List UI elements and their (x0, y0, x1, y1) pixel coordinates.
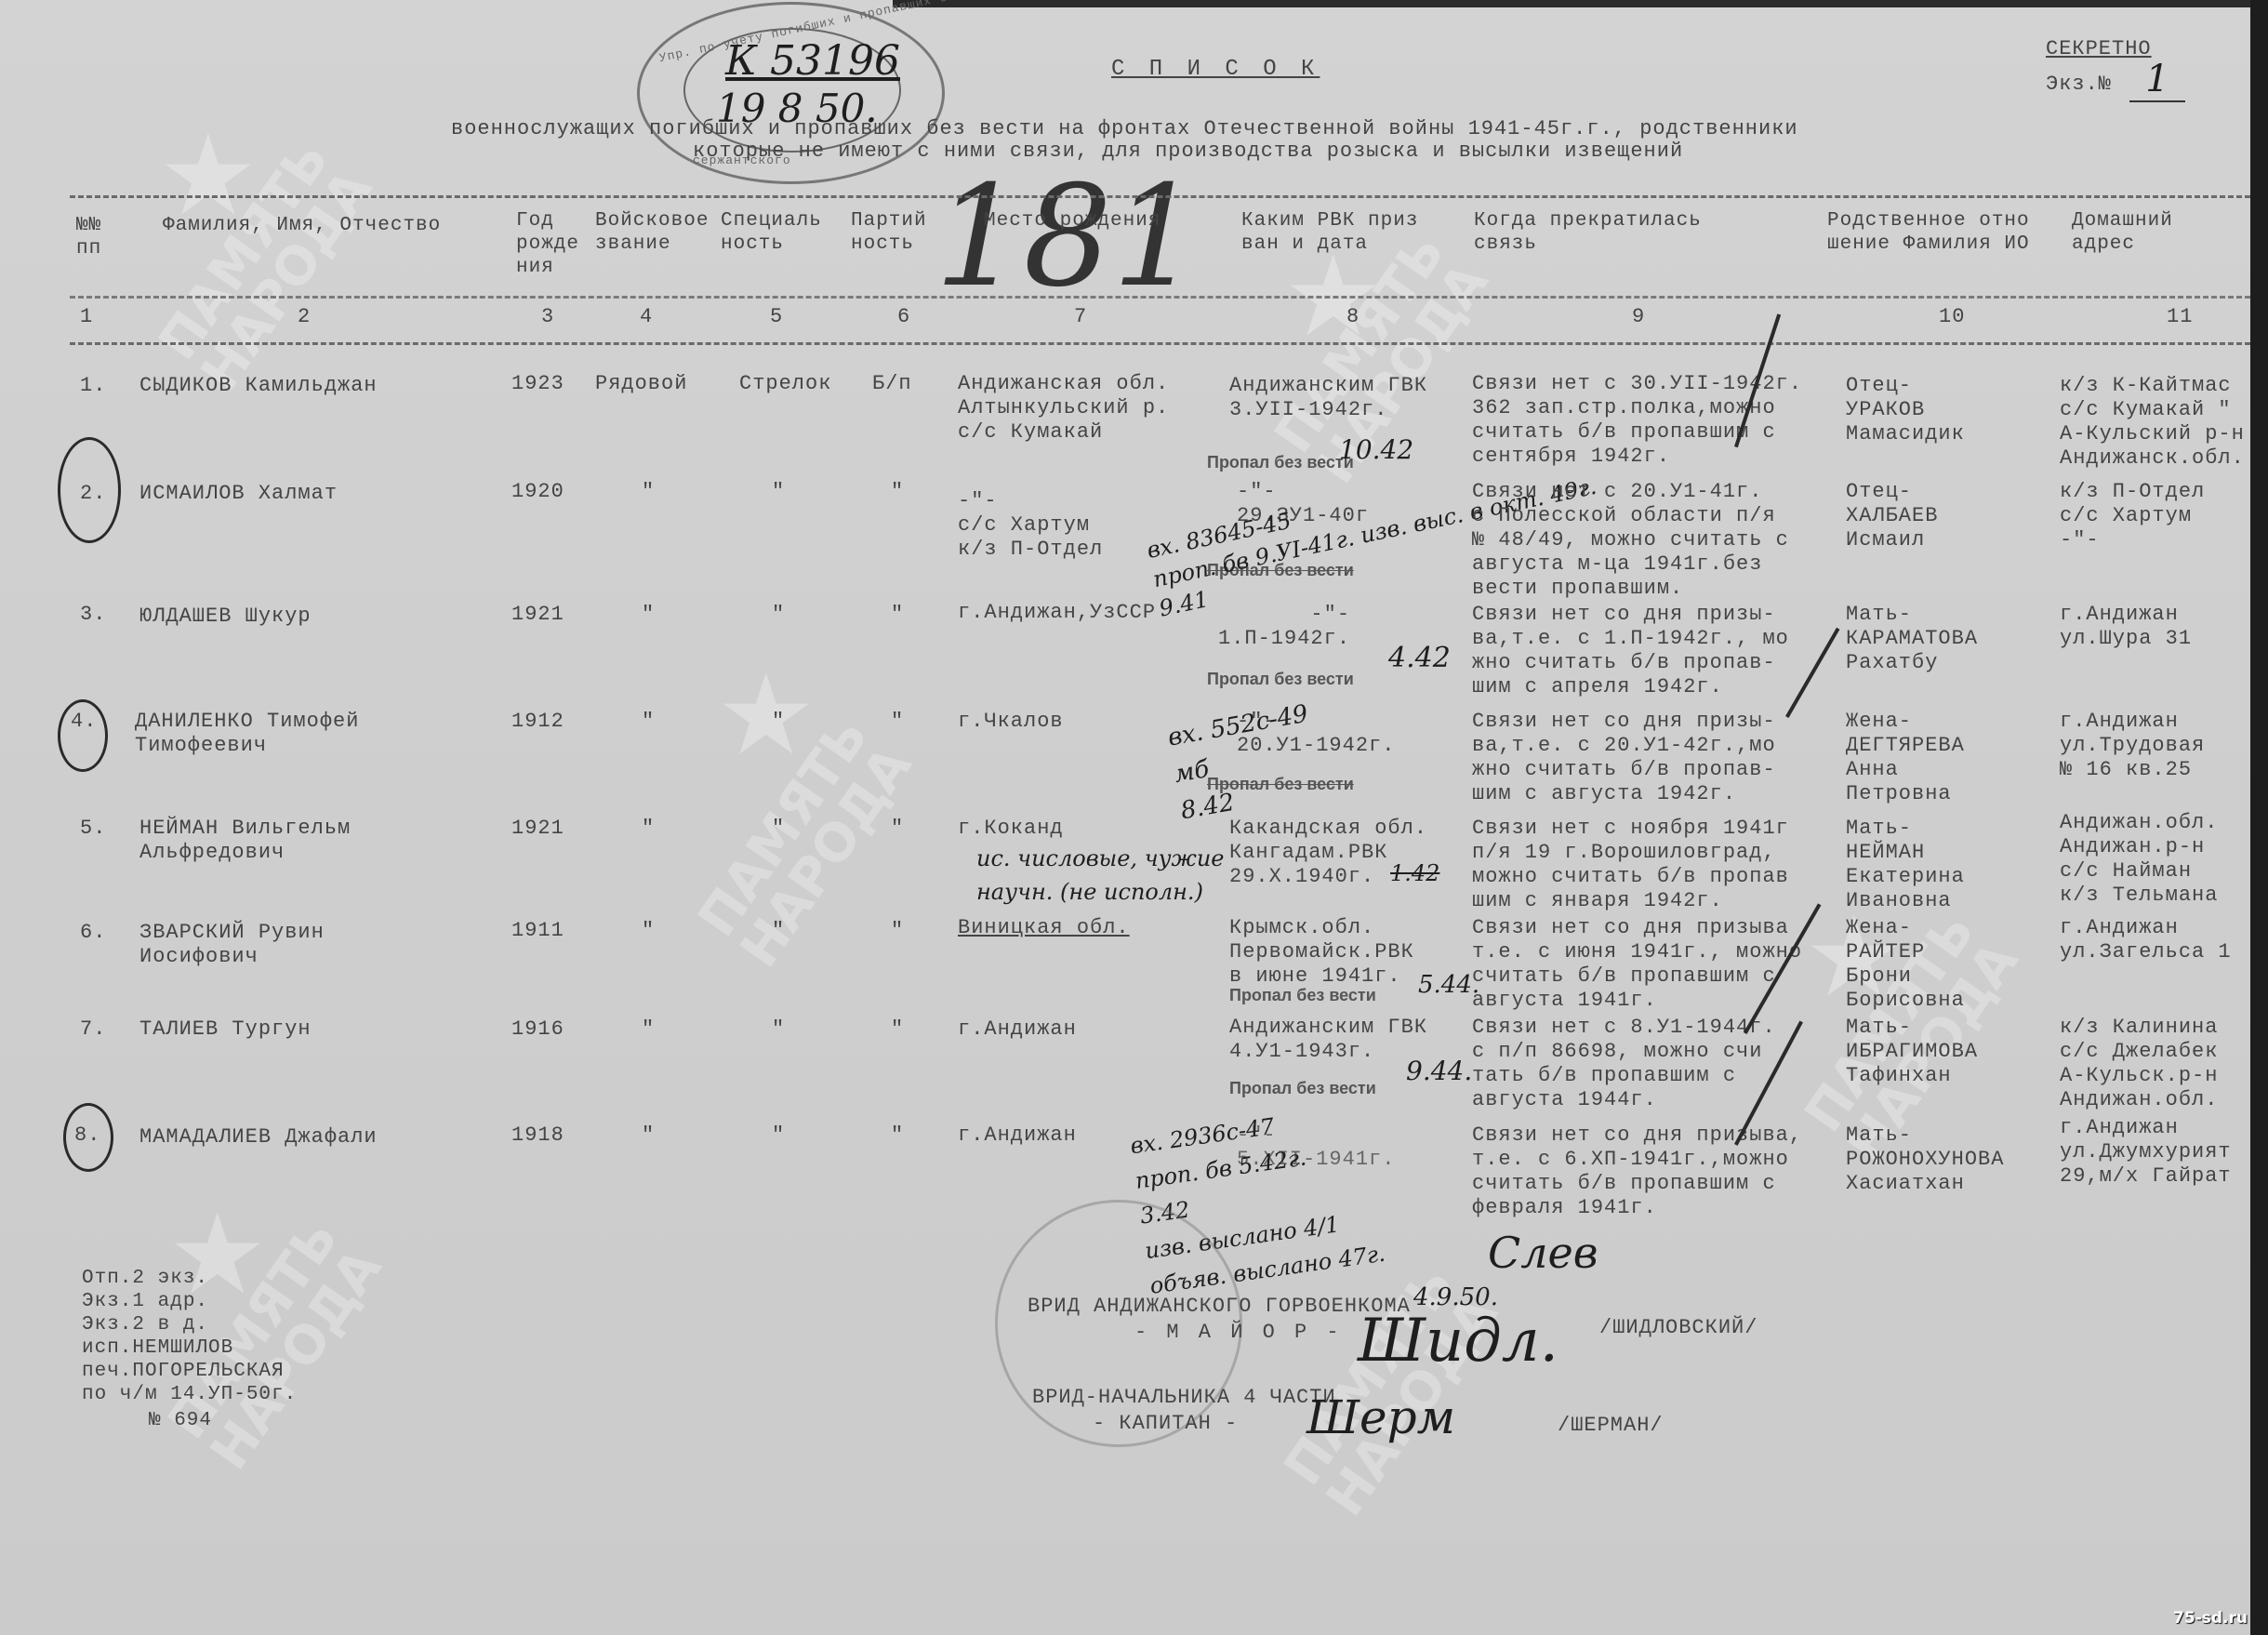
col-header-party: Партий ность (851, 209, 927, 256)
row-name: ЮЛДАШЕВ Шукур (139, 605, 312, 629)
row-number: 5. (80, 817, 106, 841)
subtitle-line-1: военнослужащих погибших и пропавших без … (451, 117, 1798, 141)
row-address: к/з П-Отдел с/с Хартум -"- (2060, 480, 2205, 552)
col-header-drafted: Каким РВК приз ван и дата (1241, 209, 1418, 256)
col-num: 6 (897, 305, 910, 329)
handwritten-date: 5.44. (1418, 971, 1479, 999)
row-number: 3. (80, 603, 106, 627)
missing-stamp: Пропал без вести (1207, 670, 1354, 689)
missing-stamp: Пропал без вести (1207, 453, 1354, 472)
handwritten-date: 10.42 (1339, 434, 1413, 465)
handwritten-note: вх. 552с-49 мб 8.42 (1165, 696, 1324, 831)
row-drafted: -"- 1.П-1942г. (1218, 603, 1350, 651)
row-address: г.Андижан ул.Джумхурият 29,м/х Гайрат (2060, 1116, 2232, 1189)
row-number: 1. (80, 374, 106, 398)
col-num: 8 (1346, 305, 1359, 329)
row-relative: Мать- КАРАМАТОВА Рахатбу (1846, 603, 1978, 675)
row-lost-contact: Связи нет со дня призы- ва,т.е. с 1.П-19… (1472, 603, 1789, 699)
row-rank: " (642, 919, 655, 943)
row-party: " (891, 710, 904, 734)
page-title: С П И С О К (1111, 58, 1320, 82)
row-name: МАМАДАЛИЕВ Джафали (139, 1125, 378, 1150)
row-year: 1912 (511, 710, 564, 734)
row-number: 7. (80, 1017, 106, 1042)
scan-edge-right (2250, 0, 2268, 1635)
row-birthplace: г.Андижан (958, 1123, 1077, 1148)
row-rank: Рядовой (595, 372, 687, 396)
col-num: 10 (1939, 305, 1965, 329)
copy-number: 1 (2129, 58, 2185, 102)
row-specialty: Стрелок (739, 372, 831, 396)
row-specialty: " (772, 1123, 785, 1148)
row-number: 6. (80, 921, 106, 945)
row-rank: " (642, 603, 655, 627)
row-specialty: " (772, 1017, 785, 1042)
row-lost-contact: Связи нет со дня призыва, т.е. с 6.ХП-19… (1472, 1123, 1802, 1220)
handwritten-date: 9.44. (1406, 1056, 1472, 1086)
row-name: ДАНИЛЕНКО Тимофей Тимофеевич (135, 710, 359, 758)
col-header-address: Домашний адрес (2072, 209, 2173, 256)
row-birthplace: г.Андижан,УзССР (958, 601, 1156, 625)
row-lost-contact: Связи нет с 8.У1-1944г. с п/п 86698, мож… (1472, 1016, 1776, 1112)
row-lost-contact: Связи нет со дня призы- ва,т.е. с 20.У1-… (1472, 710, 1776, 806)
row-lost-contact: Связи нет с 20.У1-41г. с Полесской облас… (1472, 480, 1789, 601)
stamp-reg-number: К 53196 (725, 37, 900, 85)
col-header-relative: Родственное отно шение Фамилия ИО (1827, 209, 2030, 256)
row-drafted: Андижанским ГВК 4.У1-1943г. (1229, 1016, 1427, 1064)
row-lost-contact: Связи нет с ноября 1941г п/я 19 г.Вороши… (1472, 817, 1789, 913)
header-top-rule (70, 195, 2250, 198)
row-rank: " (642, 1017, 655, 1042)
handwritten-note: ис. числовые, чужие научн. (не исполн.) (976, 842, 1224, 909)
row-year: 1921 (511, 817, 564, 841)
signature-mark: Слев (1488, 1228, 1598, 1278)
row-name: ТАЛИЕВ Тургун (139, 1017, 312, 1042)
col-header-lost-contact: Когда прекратилась связь (1474, 209, 1702, 256)
signer2-title: ВРИД-НАЧАЛЬНИКА 4 ЧАСТИ (1032, 1386, 1336, 1410)
signer2-name: /ШЕРМАН/ (1558, 1414, 1664, 1438)
row-year: 1923 (511, 372, 564, 396)
col-num: 7 (1074, 305, 1087, 329)
row-specialty: " (772, 817, 785, 841)
row-year: 1918 (511, 1123, 564, 1148)
signature-1: Шидл. (1358, 1307, 1558, 1376)
row-number: 8. (74, 1123, 100, 1148)
handwritten-number: 181 (935, 167, 1200, 307)
col-num: 2 (298, 305, 311, 329)
col-header-no: №№ пп (76, 214, 101, 260)
header-bottom-rule (70, 342, 2250, 345)
row-name: ЗВАРСКИЙ Рувин Иосифович (139, 921, 325, 969)
row-birthplace: г.Коканд (958, 817, 1064, 841)
row-party: " (891, 1017, 904, 1042)
row-party: " (891, 603, 904, 627)
scan-edge-top (893, 0, 2268, 7)
row-specialty: " (772, 603, 785, 627)
signer2-rank: - КАПИТАН - (1093, 1412, 1238, 1436)
row-party: " (891, 480, 904, 504)
row-name: СЫДИКОВ Камильджан (139, 374, 378, 398)
row-relative: Отец- ХАЛБАЕВ Исмаил (1846, 480, 1938, 552)
row-relative: Мать- НЕЙМАН Екатерина Ивановна (1846, 817, 1965, 913)
row-birthplace: -"- с/с Хартум к/з П-Отдел (958, 489, 1103, 562)
check-mark (1785, 628, 1839, 718)
row-address: Андижан.обл. Андижан.р-н с/с Найман к/з … (2060, 811, 2218, 908)
handwritten-date: 1.42 (1390, 860, 1439, 886)
signer1-name: /ШИДЛОВСКИЙ/ (1599, 1316, 1757, 1340)
signature-2: Шерм (1306, 1390, 1455, 1444)
signer1-rank: - М А Й О Р - (1134, 1321, 1343, 1345)
row-year: 1911 (511, 919, 564, 943)
document-page: ★ ПАМЯТЬ НАРОДА ★ ПАМЯТЬ НАРОДА ★ ПАМЯТЬ… (0, 0, 2250, 1635)
row-birthplace: Андижанская обл. Алтынкульский р. с/с Ку… (958, 372, 1169, 445)
copy-label: Экз.№ (2046, 73, 2112, 97)
row-relative: Жена- РАЙТЕР Брони Борисовна (1846, 916, 1965, 1013)
row-lost-contact: Связи нет со дня призыва т.е. с июня 194… (1472, 916, 1802, 1013)
handwritten-date: 4.42 (1388, 642, 1451, 674)
row-year: 1916 (511, 1017, 564, 1042)
row-number: 2. (80, 482, 106, 506)
row-birthplace: г.Чкалов (958, 710, 1064, 734)
row-rank: " (642, 480, 655, 504)
row-specialty: " (772, 919, 785, 943)
col-header-rank: Войсковое звание (595, 209, 709, 256)
row-address: к/з Калинина с/с Джелабек А-Кульск.р-н А… (2060, 1016, 2218, 1112)
row-party: " (891, 1123, 904, 1148)
col-num: 1 (80, 305, 93, 329)
row-year: 1921 (511, 603, 564, 627)
col-header-specialty: Специаль ность (721, 209, 822, 256)
row-name: ИСМАИЛОВ Халмат (139, 482, 338, 506)
signer1-title: ВРИД АНДИЖАНСКОГО ГОРВОЕНКОМА (1028, 1295, 1411, 1319)
col-header-birthplace: Место рождения (984, 209, 1161, 233)
row-relative: Мать- РОЖОНОХУНОВА Хасиатхан (1846, 1123, 2004, 1196)
row-drafted: Крымск.обл. Первомайск.РВК в июне 1941г. (1229, 916, 1414, 989)
col-num: 11 (2167, 305, 2193, 329)
row-year: 1920 (511, 480, 564, 504)
row-party: Б/п (872, 372, 912, 396)
col-num: 9 (1632, 305, 1645, 329)
row-relative: Мать- ИБРАГИМОВА Тафинхан (1846, 1016, 1978, 1088)
row-specialty: " (772, 480, 785, 504)
row-address: г.Андижан ул.Шура 31 (2060, 603, 2192, 651)
col-num: 5 (770, 305, 783, 329)
missing-stamp: Пропал без вести (1229, 986, 1376, 1005)
row-address: г.Андижан ул.Загельса 1 (2060, 916, 2232, 964)
row-number: 4. (71, 710, 97, 734)
col-num: 3 (541, 305, 554, 329)
row-rank: " (642, 817, 655, 841)
row-rank: " (642, 1123, 655, 1148)
site-watermark: 75-sd.ru (2173, 1609, 2248, 1628)
col-num: 4 (640, 305, 653, 329)
row-party: " (891, 817, 904, 841)
row-birthplace: г.Андижан (958, 1017, 1077, 1042)
missing-stamp: Пропал без вести (1229, 1079, 1376, 1098)
copies-note: Отп.2 экз. Экз.1 адр. Экз.2 в д. исп.НЕМ… (82, 1267, 297, 1406)
row-relative: Отец- УРАКОВ Мамасидик (1846, 374, 1965, 446)
row-address: к/з К-Кайтмас с/с Кумакай " А-Кульский р… (2060, 374, 2245, 471)
row-drafted: Андижанским ГВК 3.УII-1942г. (1229, 374, 1427, 422)
col-header-name: Фамилия, Имя, Отчество (163, 214, 441, 237)
col-header-year: Год рожде ния (516, 209, 579, 279)
row-birthplace: Виницкая обл. (958, 916, 1130, 940)
row-address: г.Андижан ул.Трудовая № 16 кв.25 (2060, 710, 2205, 782)
row-name: НЕЙМАН Вильгельм Альфредович (139, 817, 351, 865)
row-specialty: " (772, 710, 785, 734)
document-number: № 694 (149, 1409, 212, 1432)
row-relative: Жена- ДЕГТЯРЕВА Анна Петровна (1846, 710, 1965, 806)
row-party: " (891, 919, 904, 943)
row-rank: " (642, 710, 655, 734)
header-mid-rule (70, 296, 2250, 299)
